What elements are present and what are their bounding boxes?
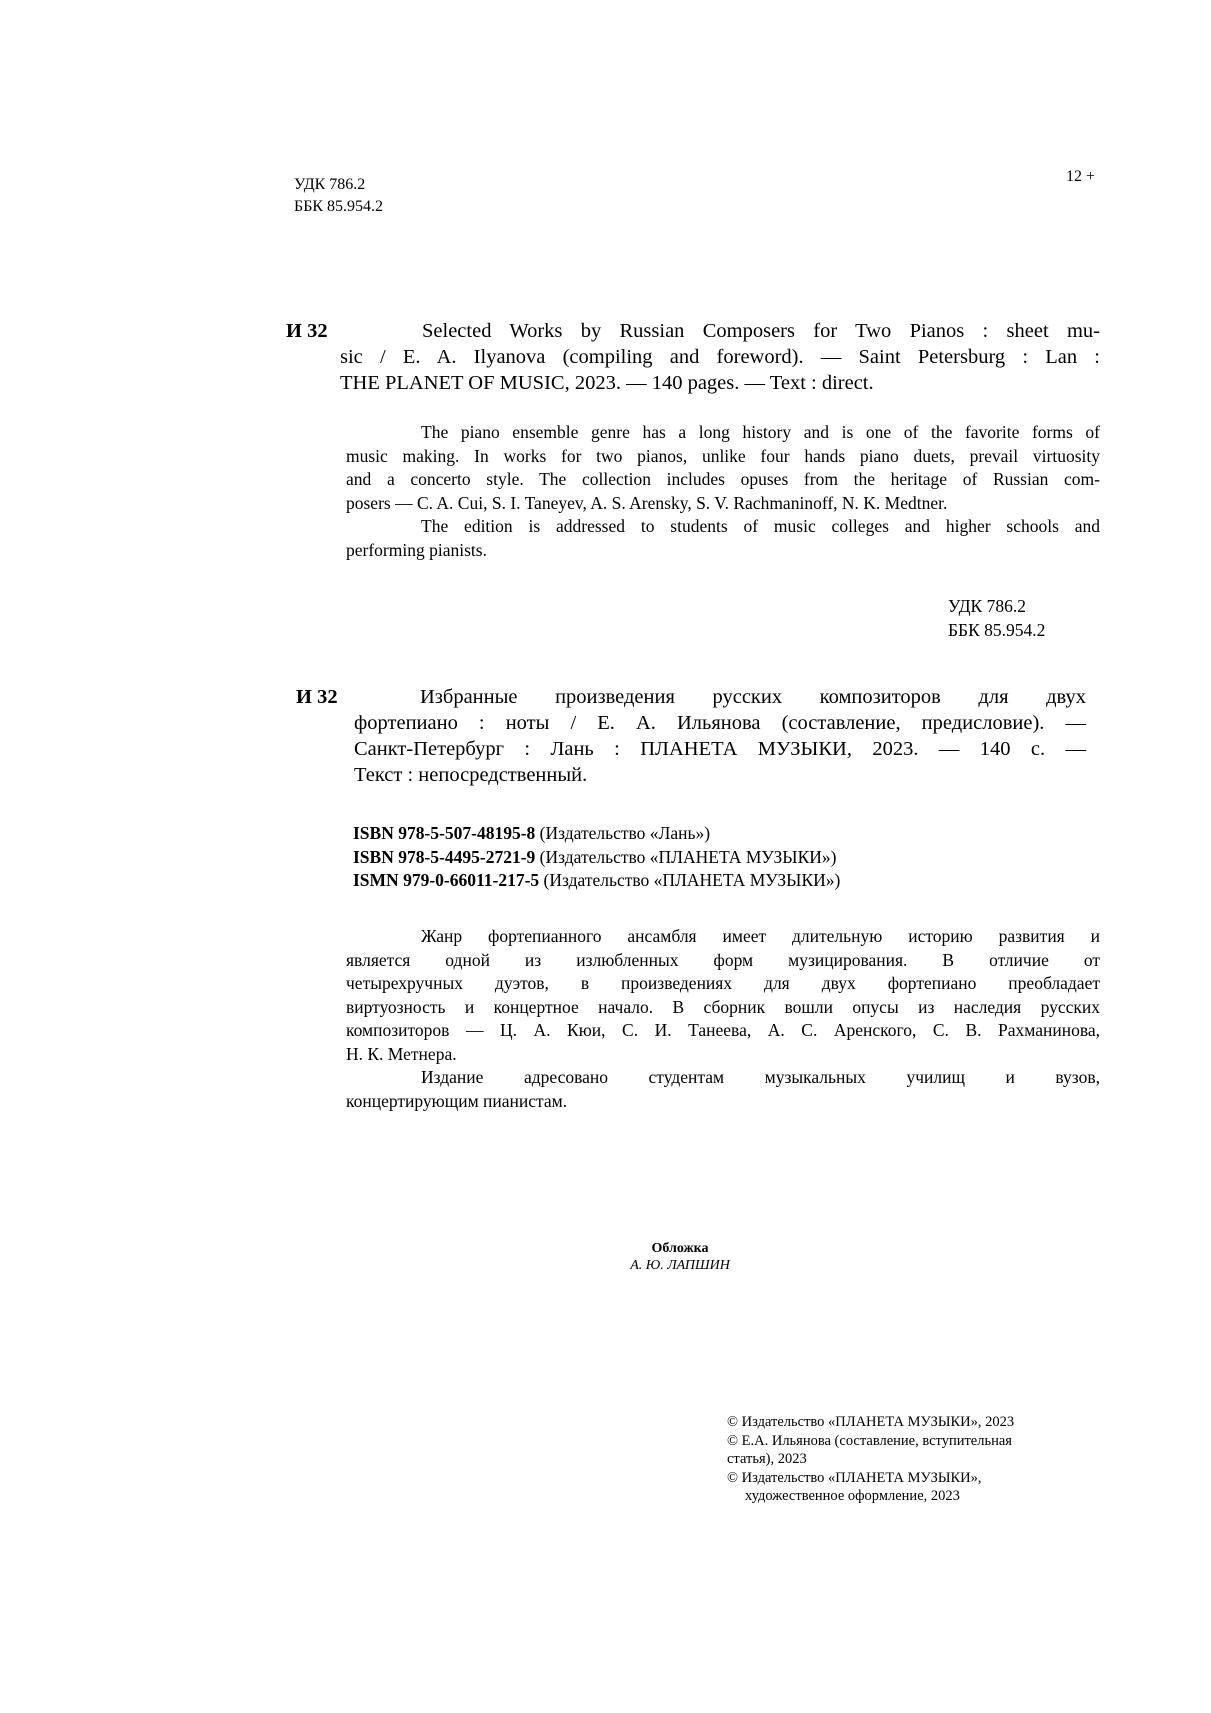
english-citation-line: Selected Works by Russian Composers for …: [340, 318, 1100, 344]
english-classification: УДК 786.2 ББК 85.954.2: [948, 595, 1045, 642]
cover-credits: Обложка А. Ю. ЛАПШИН: [580, 1240, 780, 1274]
identifier-row: ISBN 978-5-507-48195-8 (Издательство «Ла…: [353, 822, 840, 846]
russian-annotation-line: четырехручных дуэтов, в произведениях дл…: [346, 972, 1100, 996]
english-entry-code: И 32: [286, 318, 328, 344]
russian-annotation-line: Н. К. Метнера.: [346, 1043, 1100, 1067]
english-udk: УДК 786.2: [948, 595, 1045, 619]
header-udk: УДК 786.2: [294, 174, 383, 196]
identifier-publisher: (Издательство «ПЛАНЕТА МУЗЫКИ»): [544, 870, 841, 890]
copyright-line: художественное оформление, 2023: [727, 1487, 1014, 1506]
russian-citation-line: Избранные произведения русских композито…: [354, 684, 1086, 710]
english-annotation-line: The edition is addressed to students of …: [346, 515, 1100, 539]
english-citation: Selected Works by Russian Composers for …: [340, 318, 1100, 396]
identifier-publisher: (Издательство «ПЛАНЕТА МУЗЫКИ»): [540, 847, 837, 867]
russian-annotation: Жанр фортепианного ансамбля имеет длител…: [346, 925, 1100, 1113]
english-citation-line: sic / E. A. Ilyanova (compiling and fore…: [340, 344, 1100, 370]
copyright-line: © Е.А. Ильянова (составление, вступитель…: [727, 1432, 1014, 1451]
english-annotation-line: and a concerto style. The collection inc…: [346, 468, 1100, 492]
english-bbk: ББК 85.954.2: [948, 619, 1045, 643]
english-annotation-line: performing pianists.: [346, 539, 1100, 563]
russian-annotation-line: виртуозность и концертное начало. В сбор…: [346, 996, 1100, 1020]
russian-citation-line: Санкт-Петербург : Лань : ПЛАНЕТА МУЗЫКИ,…: [354, 736, 1086, 762]
russian-annotation-line: Издание адресовано студентам музыкальных…: [346, 1066, 1100, 1090]
english-citation-line: THE PLANET OF MUSIC, 2023. — 140 pages. …: [340, 370, 1100, 396]
age-rating: 12 +: [1066, 166, 1095, 188]
identifier-publisher: (Издательство «Лань»): [540, 823, 710, 843]
copyright-line: © Издательство «ПЛАНЕТА МУЗЫКИ», 2023: [727, 1413, 1014, 1432]
russian-citation-line: Текст : непосредственный.: [354, 762, 1086, 788]
cover-artist: А. Ю. ЛАПШИН: [580, 1257, 780, 1274]
identifier-code: ISBN 978-5-4495-2721-9: [353, 847, 535, 867]
russian-annotation-line: композиторов — Ц. А. Кюи, С. И. Танеева,…: [346, 1019, 1100, 1043]
header-classification: УДК 786.2 ББК 85.954.2: [294, 174, 383, 218]
english-annotation-line: music making. In works for two pianos, u…: [346, 445, 1100, 469]
english-annotation: The piano ensemble genre has a long hist…: [346, 421, 1100, 562]
english-annotation-line: posers — C. A. Cui, S. I. Taneyev, A. S.…: [346, 492, 1100, 516]
russian-entry-code: И 32: [296, 684, 338, 710]
cover-label: Обложка: [580, 1240, 780, 1257]
english-annotation-line: The piano ensemble genre has a long hist…: [346, 421, 1100, 445]
copyright-line: © Издательство «ПЛАНЕТА МУЗЫКИ»,: [727, 1469, 1014, 1488]
russian-citation-line: фортепиано : ноты / Е. А. Ильянова (сост…: [354, 710, 1086, 736]
identifier-code: ISBN 978-5-507-48195-8: [353, 823, 535, 843]
identifier-code: ISMN 979-0-66011-217-5: [353, 870, 539, 890]
copyright-block: © Издательство «ПЛАНЕТА МУЗЫКИ», 2023 © …: [727, 1413, 1014, 1506]
identifiers: ISBN 978-5-507-48195-8 (Издательство «Ла…: [353, 822, 840, 893]
copyright-line: статья), 2023: [727, 1450, 1014, 1469]
russian-annotation-line: Жанр фортепианного ансамбля имеет длител…: [346, 925, 1100, 949]
russian-annotation-line: концертирующим пианистам.: [346, 1090, 1100, 1114]
identifier-row: ISMN 979-0-66011-217-5 (Издательство «ПЛ…: [353, 869, 840, 893]
header-bbk: ББК 85.954.2: [294, 196, 383, 218]
russian-citation: Избранные произведения русских композито…: [354, 684, 1086, 788]
identifier-row: ISBN 978-5-4495-2721-9 (Издательство «ПЛ…: [353, 846, 840, 870]
russian-annotation-line: является одной из излюбленных форм музиц…: [346, 949, 1100, 973]
